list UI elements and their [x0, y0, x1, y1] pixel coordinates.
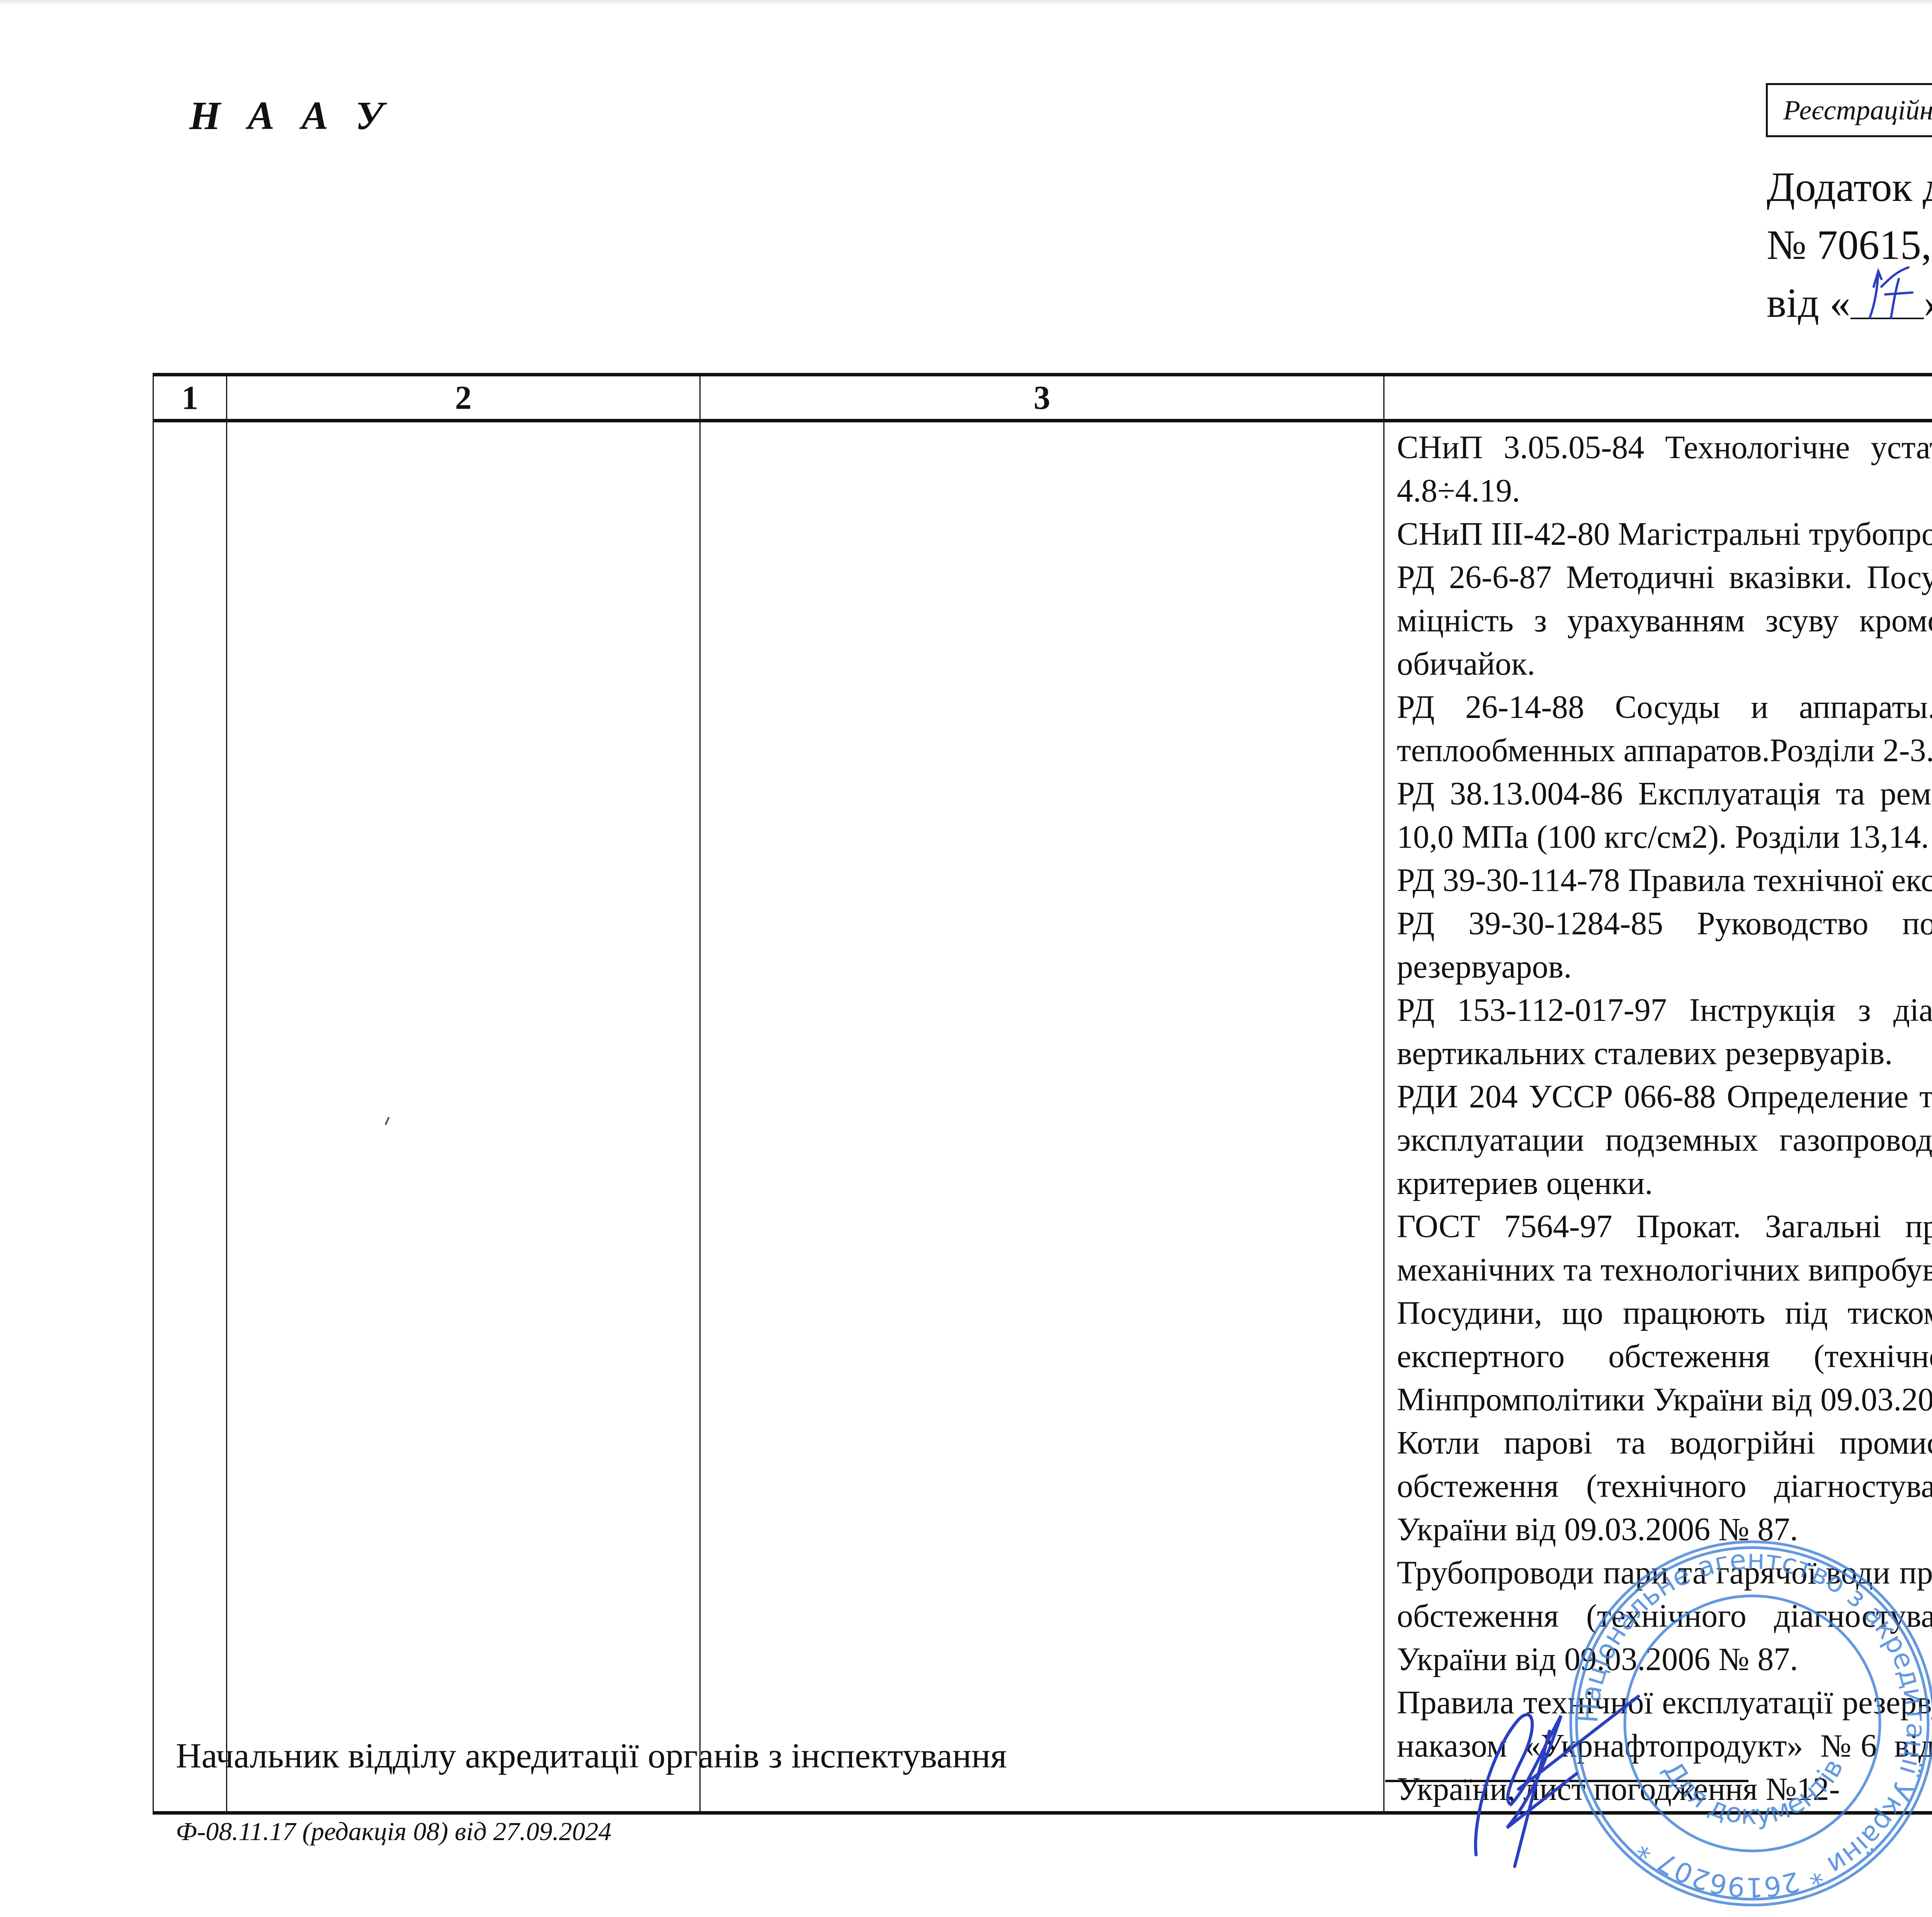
handwritten-day-icon [1854, 264, 1920, 321]
cell-col2 [227, 421, 700, 1813]
reference-item: РД 39-30-1284-85 Руководство по обследов… [1397, 902, 1932, 989]
column-header-2: 2 [227, 375, 700, 421]
scope-table: 1 2 3 4 СНиП 3.05.05-84 Технологічне уст… [153, 373, 1932, 1815]
reference-item: СНиП 3.05.05-84 Технологічне устаткуванн… [1397, 426, 1932, 513]
column-header-1: 1 [153, 375, 227, 421]
reference-item: РД 38.13.004-86 Експлуатація та ремонт т… [1397, 772, 1932, 859]
annex-heading: Додаток до атестата про акредитацію № 70… [1767, 158, 1932, 332]
reference-item: Правила технічної експлуатації резервуар… [1397, 1681, 1932, 1811]
annex-date: від « » грудня 2024р. [1767, 274, 1932, 332]
reference-item: Трубопроводи пари та гарячої води промис… [1397, 1551, 1932, 1681]
reference-item: Котли парові та водогрійні промислових п… [1397, 1422, 1932, 1551]
table-row: СНиП 3.05.05-84 Технологічне устаткуванн… [153, 421, 1932, 1813]
organization-name: Н А А У [189, 93, 392, 139]
cell-col3 [700, 421, 1384, 1813]
cell-col1 [153, 421, 227, 1813]
column-header-3: 3 [700, 375, 1384, 421]
reference-item: РД 153-112-017-97 Інструкція з діагности… [1397, 989, 1932, 1075]
form-code: Ф-08.11.17 (редакція 08) від 27.09.2024 [176, 1816, 612, 1847]
reference-item: Посудини, що працюють під тиском на пром… [1397, 1292, 1932, 1422]
column-header-4: 4 [1384, 375, 1932, 421]
cell-col4: СНиП 3.05.05-84 Технологічне устаткуванн… [1384, 421, 1932, 1813]
normative-references: СНиП 3.05.05-84 Технологічне устаткуванн… [1384, 422, 1932, 1811]
reference-item: ГОСТ 7564-97 Прокат. Загальні правила ві… [1397, 1205, 1932, 1292]
reference-item: РД 26-14-88 Сосуды и аппараты. Методы ра… [1397, 686, 1932, 772]
registration-box: Реєстраційний номер ООВ 70615 [1766, 83, 1932, 137]
scan-edge [0, 0, 1932, 5]
reference-item: РД 26-6-87 Методичні вказівки. Посудини … [1397, 556, 1932, 686]
handwritten-day [1850, 283, 1924, 319]
signer-title: Начальник відділу акредитації органів з … [176, 1735, 1007, 1776]
reference-item: РДИ 204 УССР 066-88 Определение техничес… [1397, 1075, 1932, 1205]
table-header-row: 1 2 3 4 [153, 375, 1932, 421]
reference-item: РД 39-30-114-78 Правила технічної експлу… [1397, 859, 1932, 902]
reference-item: СНиП ІІІ-42-80 Магістральні трубопроводи… [1397, 513, 1932, 556]
annex-title: Додаток до атестата про акредитацію [1767, 158, 1932, 216]
registration-label: Реєстраційний номер ООВ [1768, 85, 1932, 135]
signature-line [1385, 1780, 1748, 1782]
